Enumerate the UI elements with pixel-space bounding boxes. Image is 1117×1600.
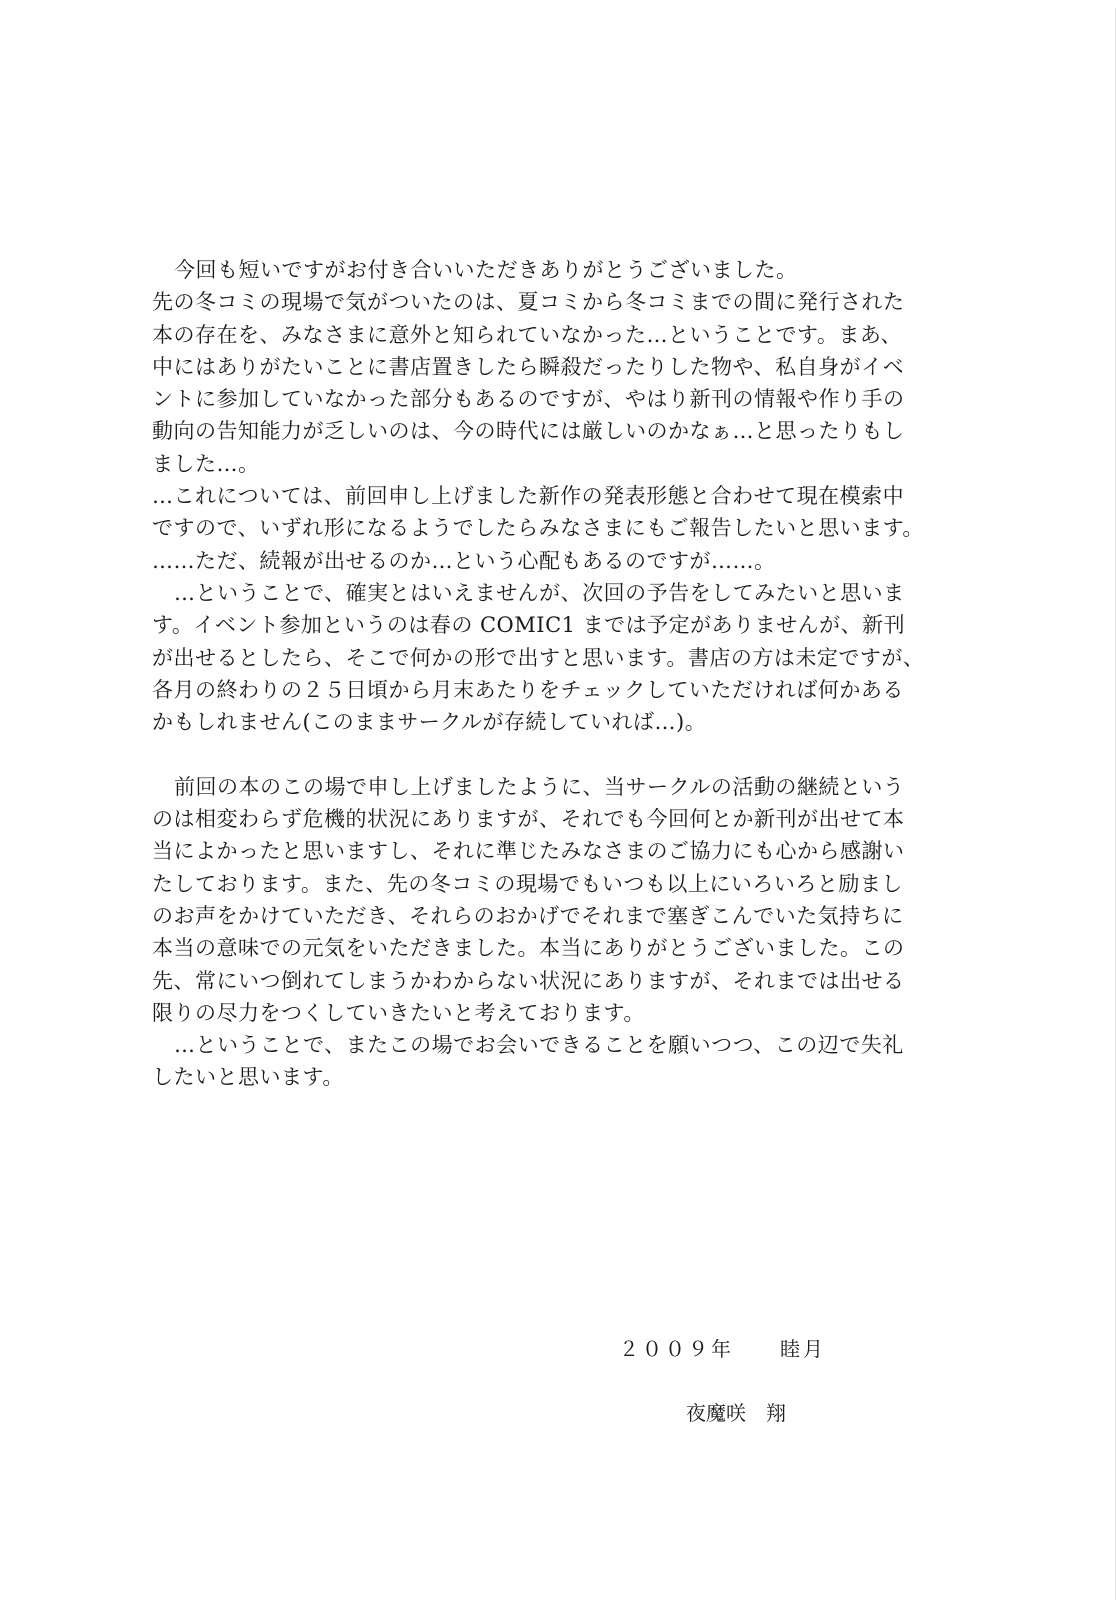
afterword-body: 今回も短いですがお付き合いいただきありがとうございました。 先の冬コミの現場で気… [152, 254, 952, 1094]
page-edge-line [1115, 8, 1116, 1600]
text-line: ントに参加していなかった部分もあるのですが、やはり新刊の情報や作り手の [152, 383, 952, 415]
text-line: 今回も短いですがお付き合いいただきありがとうございました。 [152, 254, 952, 286]
paragraph-2: 前回の本のこの場で申し上げましたように、当サークルの活動の継続という のは相変わ… [152, 771, 952, 1094]
text-line: …ということで、またこの場でお会いできることを願いつつ、この辺で失礼 [152, 1029, 952, 1061]
text-line: かもしれません(このままサークルが存続していれば…)。 [152, 706, 952, 738]
signature-date: ２００９年 睦月 [619, 1333, 826, 1362]
text-line: …ということで、確実とはいえませんが、次回の予告をしてみたいと思いま [152, 577, 952, 609]
text-line: 先の冬コミの現場で気がついたのは、夏コミから冬コミまでの間に発行された [152, 286, 952, 318]
text-line: ました…。 [152, 448, 952, 480]
text-line: のは相変わらず危機的状況にありますが、それでも今回何とか新刊が出せて本 [152, 803, 952, 835]
text-line: ……ただ、続報が出せるのか…という心配もあるのですが……。 [152, 545, 952, 577]
text-line: 本の存在を、みなさまに意外と知られていなかった…ということです。まあ、 [152, 319, 952, 351]
text-line: 各月の終わりの２５日頃から月末あたりをチェックしていただければ何かある [152, 674, 952, 706]
text-line: 限りの尽力をつくしていきたいと考えております。 [152, 997, 952, 1029]
text-line: ですので、いずれ形になるようでしたらみなさまにもご報告したいと思います。 [152, 512, 952, 544]
text-line: たしております。また、先の冬コミの現場でもいつも以上にいろいろと励まし [152, 868, 952, 900]
text-line: のお声をかけていただき、それらのおかげでそれまで塞ぎこんでいた気持ちに [152, 900, 952, 932]
text-line: 当によかったと思いますし、それに準じたみなさまのご協力にも心から感謝い [152, 835, 952, 867]
text-line: 本当の意味での元気をいただきました。本当にありがとうございました。この [152, 932, 952, 964]
text-line: 中にはありがたいことに書店置きしたら瞬殺だったりした物や、私自身がイベ [152, 351, 952, 383]
text-line: す。イベント参加というのは春の COMIC1 までは予定がありませんが、新刊 [152, 609, 952, 641]
signature-author: 夜魔咲 翔 [686, 1397, 786, 1426]
text-line: …これについては、前回申し上げました新作の発表形態と合わせて現在模索中 [152, 480, 952, 512]
paragraph-1: 今回も短いですがお付き合いいただきありがとうございました。 先の冬コミの現場で気… [152, 254, 952, 738]
text-line: 動向の告知能力が乏しいのは、今の時代には厳しいのかなぁ…と思ったりもし [152, 415, 952, 447]
text-line: 前回の本のこの場で申し上げましたように、当サークルの活動の継続という [152, 771, 952, 803]
text-line: 先、常にいつ倒れてしまうかわからない状況にありますが、それまでは出せる [152, 965, 952, 997]
text-line: したいと思います。 [152, 1061, 952, 1093]
paragraph-gap [152, 738, 952, 770]
text-line: が出せるとしたら、そこで何かの形で出すと思います。書店の方は未定ですが、 [152, 642, 952, 674]
